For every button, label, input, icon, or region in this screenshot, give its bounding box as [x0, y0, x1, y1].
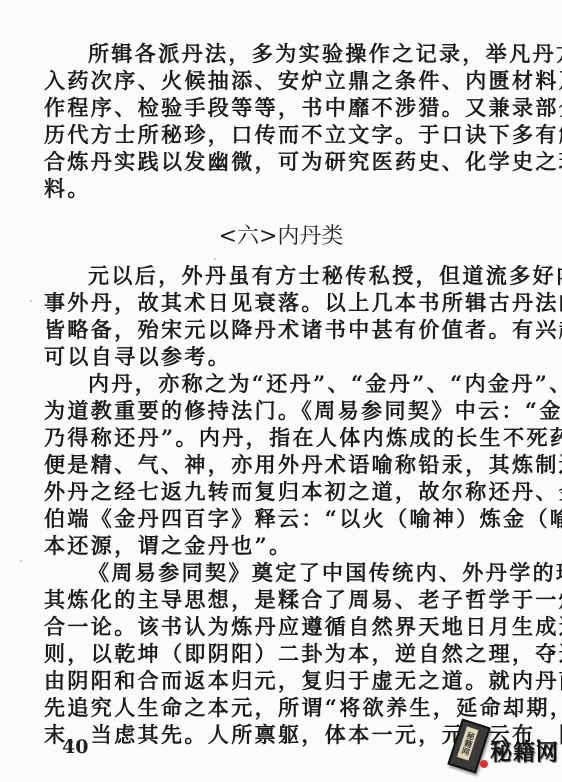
text-line: 皆略备，殆宋元以降丹术诸书中甚有价值者。有兴趣的同道 — [44, 316, 524, 343]
text-line: 由阴阳和合而返本归元，复归于虚无之道。就内丹而言，应 — [44, 667, 524, 694]
watermark-logo: 秘籍网 秘籍网 — [448, 720, 560, 778]
text-line: 事外丹，故其术日见衰落。以上几本书所辑古丹法的内容悉 — [44, 289, 524, 316]
text-line: 历代方士所秘珍，口传而不立文字。于口诀下多有解注，结 — [44, 121, 524, 148]
scan-speck — [540, 380, 542, 382]
scan-speck — [20, 560, 22, 562]
book-page: 所辑各派丹法，多为实验操作之记录，举凡丹方、剂量、 入药次序、火候抽添、安炉立鼎… — [0, 0, 562, 782]
text-line: 为道教重要的修持法门。《周易参同契》中云：“金来归性初， — [44, 397, 524, 424]
text-line: 伯端《金丹四百字》释云：“以火（喻神）炼金（喻气），返 — [44, 505, 524, 532]
paragraph-2: 元以后，外丹虽有方士秘传私授，但道流多好内丹而不 事外丹，故其术日见衰落。以上几… — [44, 262, 524, 370]
text-line: 入药次序、火候抽添、安炉立鼎之条件、内匮材料及制作、操 — [44, 67, 524, 94]
text-line: 合炼丹实践以发幽微，可为研究医药史、化学史之珍贵资 — [44, 148, 524, 175]
text-line: 本还源，谓之金丹也”。 — [44, 532, 524, 559]
text-line: 则，以乾坤（即阴阳）二卦为本，逆自然之理，夺造化之功， — [44, 640, 524, 667]
red-dot-icon — [480, 760, 488, 768]
text-line: 便是精、气、神，亦用外丹术语喻称铅汞，其炼制过程亦如 — [44, 451, 524, 478]
text-line: 乃得称还丹”。内丹，指在人体内炼成的长生不死药，其原料 — [44, 424, 524, 451]
text-line: 可以自寻以参考。 — [44, 343, 524, 370]
text-line: 作程序、检验手段等等，书中靡不涉猎。又兼录部分口诀，为 — [44, 94, 524, 121]
section-heading: <六>内丹类 — [0, 222, 562, 252]
book-label: 秘籍网 — [457, 726, 478, 760]
text-line: 合一论。该书认为炼丹应遵循自然界天地日月生成运转之法 — [44, 613, 524, 640]
paragraph-1: 所辑各派丹法，多为实验操作之记录，举凡丹方、剂量、 入药次序、火候抽添、安炉立鼎… — [44, 40, 524, 202]
text-line: 外丹之经七返九转而复归本初之道，故尔称还丹、金丹。张 — [44, 478, 524, 505]
text-line: 内丹，亦称之为“还丹”、“金丹”、“内金丹”、“大丹”， — [44, 370, 524, 397]
text-line: 料。 — [44, 175, 524, 202]
paragraph-3: 内丹，亦称之为“还丹”、“金丹”、“内金丹”、“大丹”， 为道教重要的修持法门。… — [44, 370, 524, 559]
watermark-text: 秘籍网 — [490, 736, 559, 767]
page-number: 40 — [62, 736, 88, 758]
text-line: 元以后，外丹虽有方士秘传私授，但道流多好内丹而不 — [44, 262, 524, 289]
text-line: 《周易参同契》奠定了中国传统内、外丹学的理论基础。 — [44, 559, 524, 586]
text-line: 所辑各派丹法，多为实验操作之记录，举凡丹方、剂量、 — [44, 40, 524, 67]
scan-speck — [30, 300, 32, 302]
scan-speck — [214, 258, 216, 260]
text-line: 先追究人生命之本元，所谓“将欲养生，延命却期，审思后 — [44, 694, 524, 721]
text-line: 其炼化的主导思想，是糅合了周易、老子哲学于一炉的天人 — [44, 586, 524, 613]
